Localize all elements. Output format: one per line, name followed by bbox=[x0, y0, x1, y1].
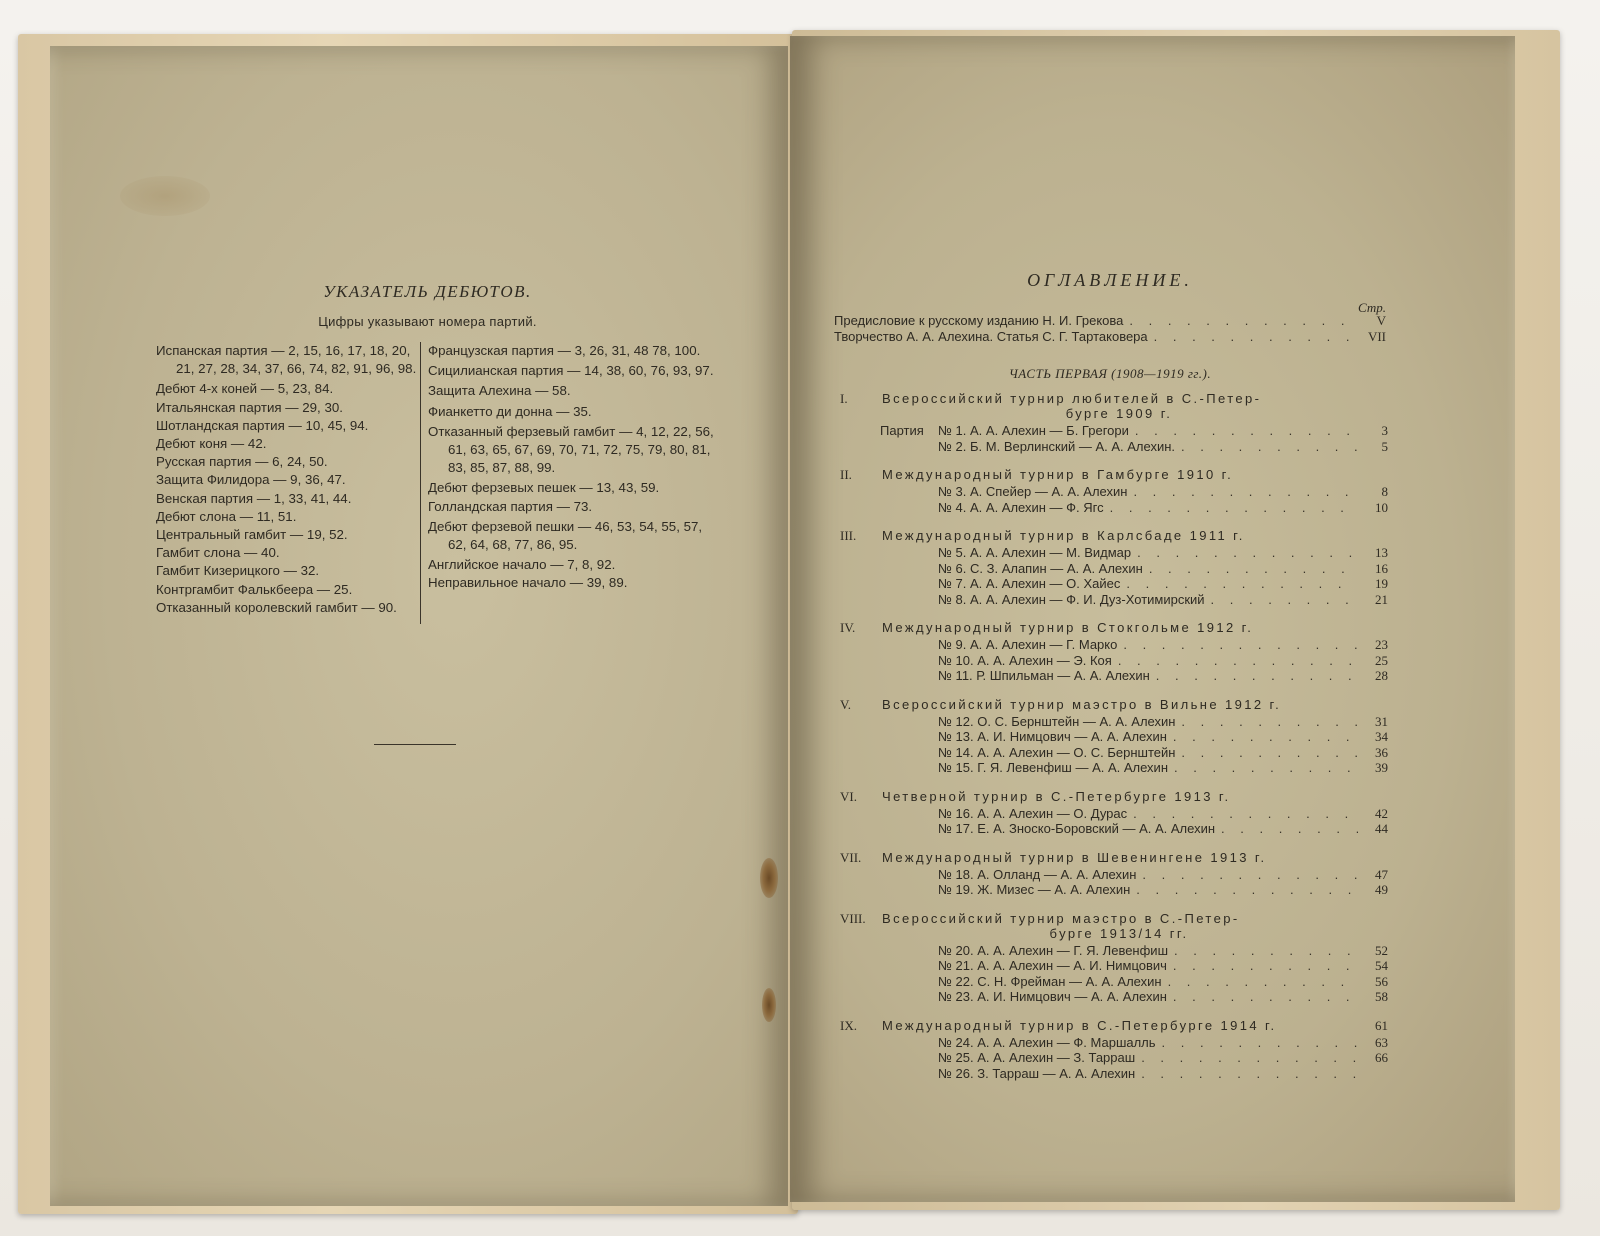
leader-dots: . . . . . . . . . . . . . . . . . . . . … bbox=[1135, 1066, 1358, 1082]
page-number: 54 bbox=[1358, 958, 1388, 974]
toc-entry-text: № 22. С. Н. Фрейман — А. А. Алехин bbox=[938, 974, 1162, 990]
toc-entry: № 8. А. А. Алехин — Ф. И. Дуз-Хотимирски… bbox=[938, 592, 1388, 608]
index-title: УКАЗАТЕЛЬ ДЕБЮТОВ. bbox=[155, 282, 700, 302]
index-entry: Итальянская партия — 29, 30. bbox=[156, 399, 418, 417]
toc-entry-text: № 13. А. И. Нимцович — А. А. Алехин bbox=[938, 729, 1167, 745]
toc-entry: № 24. А. А. Алехин — Ф. Маршалль . . . .… bbox=[938, 1035, 1388, 1051]
game-list: № 9. А. А. Алехин — Г. Марко . . . . . .… bbox=[840, 637, 1388, 684]
leader-dots: . . . . . . . . . . . . . . . . . . . . … bbox=[1130, 882, 1358, 898]
foxing-mark bbox=[120, 176, 210, 216]
toc-entry: № 7. А. А. Алехин — О. Хайес . . . . . .… bbox=[938, 576, 1388, 592]
leader-dots: . . . . . . . . . . . . . . . . . . . . … bbox=[1104, 500, 1358, 516]
toc-entry-text: № 11. Р. Шпильман — А. А. Алехин bbox=[938, 668, 1150, 684]
toc-entry: Партия № 1. А. А. Алехин — Б. Грегори . … bbox=[880, 423, 1388, 439]
toc-entry-text: № 26. З. Тарраш — А. А. Алехин bbox=[938, 1066, 1135, 1082]
toc-entry-text: Предисловие к русскому изданию Н. И. Гре… bbox=[834, 313, 1123, 329]
index-entry: Французская партия — 3, 26, 31, 48 78, 1… bbox=[428, 342, 718, 360]
page-number: 28 bbox=[1358, 668, 1388, 684]
toc-entry: № 15. Г. Я. Левенфиш — А. А. Алехин . . … bbox=[938, 760, 1388, 776]
index-entry: Защита Алехина — 58. bbox=[428, 382, 718, 400]
page-number: 25 bbox=[1358, 653, 1388, 669]
section-title: Всероссийский турнир любителей в С.-Пете… bbox=[882, 391, 1356, 406]
stain-mark bbox=[760, 858, 778, 898]
section-number: III. bbox=[840, 528, 882, 543]
game-list: № 20. А. А. Алехин — Г. Я. Левенфиш . . … bbox=[840, 943, 1388, 1005]
toc-entry-text: № 10. А. А. Алехин — Э. Коя bbox=[938, 653, 1112, 669]
page-number: 44 bbox=[1358, 821, 1388, 837]
page-number: 61 bbox=[1358, 1018, 1388, 1033]
toc-entry-text: № 20. А. А. Алехин — Г. Я. Левенфиш bbox=[938, 943, 1168, 959]
leader-dots: . . . . . . . . . . . . . . . . . . . . … bbox=[1205, 592, 1358, 608]
toc-entry: № 12. О. С. Бернштейн — А. А. Алехин . .… bbox=[938, 714, 1388, 730]
toc-entry: № 3. А. Спейер — А. А. Алехин . . . . . … bbox=[938, 484, 1388, 500]
toc-section: II. Международный турнир в Гамбурге 1910… bbox=[840, 467, 1388, 515]
column-divider bbox=[420, 342, 421, 624]
toc-entry: № 4. А. А. Алехин — Ф. Ягс . . . . . . .… bbox=[938, 500, 1388, 516]
toc-entry-text: № 16. А. А. Алехин — О. Дурас bbox=[938, 806, 1127, 822]
toc-entry: № 16. А. А. Алехин — О. Дурас . . . . . … bbox=[938, 806, 1388, 822]
left-page bbox=[50, 46, 788, 1206]
page-number: VII bbox=[1356, 329, 1386, 345]
section-title: Всероссийский турнир маэстро в С.-Петер- bbox=[882, 911, 1356, 926]
leader-dots: . . . . . . . . . . . . . . . . . . . . … bbox=[1135, 1050, 1358, 1066]
toc-entry: № 14. А. А. Алехин — О. С. Бернштейн . .… bbox=[938, 745, 1388, 761]
index-entry: Шотландская партия — 10, 45, 94. bbox=[156, 417, 418, 435]
page-number: 19 bbox=[1358, 576, 1388, 592]
leader-dots: . . . . . . . . . . . . . . . . . . . . … bbox=[1167, 729, 1358, 745]
section-number: IX. bbox=[840, 1018, 882, 1033]
index-entry: Контргамбит Фалькбеера — 25. bbox=[156, 581, 418, 599]
index-column-right: Французская партия — 3, 26, 31, 48 78, 1… bbox=[428, 342, 718, 593]
index-entry: Отказанный королевский гамбит — 90. bbox=[156, 599, 418, 617]
leader-dots: . . . . . . . . . . . . . . . . . . . . … bbox=[1131, 545, 1358, 561]
toc-entry-text: № 18. А. Олланд — А. А. Алехин bbox=[938, 867, 1136, 883]
toc-entry: № 5. А. А. Алехин — М. Видмар . . . . . … bbox=[938, 545, 1388, 561]
index-entry: Гамбит слона — 40. bbox=[156, 544, 418, 562]
toc-entry: № 23. А. И. Нимцович — А. А. Алехин . . … bbox=[938, 989, 1388, 1005]
leader-dots: . . . . . . . . . . . . . . . . . . . . … bbox=[1112, 653, 1358, 669]
section-title-cont: бурге 1909 г. bbox=[882, 406, 1356, 421]
leader-dots: . . . . . . . . . . . . . . . . . . . . … bbox=[1175, 439, 1358, 455]
leader-dots: . . . . . . . . . . . . . . . . . . . . … bbox=[1127, 806, 1358, 822]
toc-entry-text: № 12. О. С. Бернштейн — А. А. Алехин bbox=[938, 714, 1175, 730]
toc-entry-text: № 9. А. А. Алехин — Г. Марко bbox=[938, 637, 1117, 653]
toc-entry: Творчество А. А. Алехина. Статья С. Г. Т… bbox=[834, 329, 1386, 345]
index-entry: Испанская партия — 2, 15, 16, 17, 18, 20… bbox=[156, 342, 418, 378]
toc-section: III. Международный турнир в Карлсбаде 19… bbox=[840, 528, 1388, 607]
open-book-photo: УКАЗАТЕЛЬ ДЕБЮТОВ. Цифры указывают номер… bbox=[0, 0, 1600, 1236]
section-title: Всероссийский турнир маэстро в Вильне 19… bbox=[882, 697, 1388, 712]
page-number: V bbox=[1356, 313, 1386, 329]
toc-entry-text: № 2. Б. М. Верлинский — А. А. Алехин. bbox=[938, 439, 1175, 455]
page-number: 13 bbox=[1358, 545, 1388, 561]
section-title: Четверной турнир в С.-Петербурге 1913 г. bbox=[882, 789, 1388, 804]
toc-section: VII. Международный турнир в Шевенингене … bbox=[840, 850, 1388, 898]
toc-entry: № 13. А. И. Нимцович — А. А. Алехин . . … bbox=[938, 729, 1388, 745]
leader-dots: . . . . . . . . . . . . . . . . . . . . … bbox=[1120, 576, 1358, 592]
toc-entry-text: № 14. А. А. Алехин — О. С. Бернштейн bbox=[938, 745, 1175, 761]
toc-sections: I. Всероссийский турнир любителей в С.-П… bbox=[840, 391, 1388, 1094]
leader-dots: . . . . . . . . . . . . . . . . . . . . … bbox=[1143, 561, 1358, 577]
toc-entry: № 25. А. А. Алехин — З. Тарраш . . . . .… bbox=[938, 1050, 1388, 1066]
section-number: VI. bbox=[840, 789, 882, 804]
section-heading: VII. Международный турнир в Шевенингене … bbox=[840, 850, 1388, 865]
section-heading: III. Международный турнир в Карлсбаде 19… bbox=[840, 528, 1388, 543]
toc-entry-text: № 3. А. Спейер — А. А. Алехин bbox=[938, 484, 1127, 500]
toc-entry: № 2. Б. М. Верлинский — А. А. Алехин. . … bbox=[880, 439, 1388, 455]
index-entry: Дебют ферзевых пешек — 13, 43, 59. bbox=[428, 479, 718, 497]
page-number: 5 bbox=[1358, 439, 1388, 455]
index-entry: Неправильное начало — 39, 89. bbox=[428, 574, 718, 592]
game-list: № 12. О. С. Бернштейн — А. А. Алехин . .… bbox=[840, 714, 1388, 776]
page-number: 8 bbox=[1358, 484, 1388, 500]
toc-entry: № 10. А. А. Алехин — Э. Коя . . . . . . … bbox=[938, 653, 1388, 669]
toc-title: ОГЛАВЛЕНИЕ. bbox=[860, 270, 1360, 291]
toc-entry: № 19. Ж. Мизес — А. А. Алехин . . . . . … bbox=[938, 882, 1388, 898]
toc-entry-text: № 7. А. А. Алехин — О. Хайес bbox=[938, 576, 1120, 592]
leader-dots: . . . . . . . . . . . . . . . . . . . . … bbox=[1123, 313, 1356, 329]
section-number: II. bbox=[840, 467, 882, 482]
toc-entry: № 17. Е. А. Зноско-Боровский — А. А. Але… bbox=[938, 821, 1388, 837]
end-rule bbox=[374, 744, 456, 745]
page-number: 21 bbox=[1358, 592, 1388, 608]
toc-entry-text: № 1. А. А. Алехин — Б. Грегори bbox=[938, 423, 1129, 439]
toc-entry: № 20. А. А. Алехин — Г. Я. Левенфиш . . … bbox=[938, 943, 1388, 959]
section-number: I. bbox=[840, 391, 882, 421]
stain-mark bbox=[762, 988, 776, 1022]
leader-dots: . . . . . . . . . . . . . . . . . . . . … bbox=[1127, 484, 1358, 500]
toc-entry: № 9. А. А. Алехин — Г. Марко . . . . . .… bbox=[938, 637, 1388, 653]
index-entry: Дебют 4-х коней — 5, 23, 84. bbox=[156, 380, 418, 398]
game-list: № 3. А. Спейер — А. А. Алехин . . . . . … bbox=[840, 484, 1388, 515]
section-title-cont: бурге 1913/14 гг. bbox=[882, 926, 1356, 941]
index-entry: Гамбит Кизерицкого — 32. bbox=[156, 562, 418, 580]
toc-section: IX. Международный турнир в С.-Петербурге… bbox=[840, 1018, 1388, 1082]
section-number: IV. bbox=[840, 620, 882, 635]
section-heading: II. Международный турнир в Гамбурге 1910… bbox=[840, 467, 1388, 482]
page-number: 52 bbox=[1358, 943, 1388, 959]
index-entry: Русская партия — 6, 24, 50. bbox=[156, 453, 418, 471]
page-number: 39 bbox=[1358, 760, 1388, 776]
toc-entry: № 18. А. Олланд — А. А. Алехин . . . . .… bbox=[938, 867, 1388, 883]
game-prefix: Партия bbox=[880, 423, 938, 439]
game-list: № 5. А. А. Алехин — М. Видмар . . . . . … bbox=[840, 545, 1388, 607]
page-number: 47 bbox=[1358, 867, 1388, 883]
toc-entry-text: № 6. С. З. Алапин — А. А. Алехин bbox=[938, 561, 1143, 577]
game-list: № 24. А. А. Алехин — Ф. Маршалль . . . .… bbox=[840, 1035, 1388, 1082]
leader-dots: . . . . . . . . . . . . . . . . . . . . … bbox=[1175, 745, 1358, 761]
toc-section: V. Всероссийский турнир маэстро в Вильне… bbox=[840, 697, 1388, 776]
page-number: 58 bbox=[1358, 989, 1388, 1005]
index-entry: Дебют ферзевой пешки — 46, 53, 54, 55, 5… bbox=[428, 518, 718, 554]
toc-entry-text: № 4. А. А. Алехин — Ф. Ягс bbox=[938, 500, 1104, 516]
index-entry: Сицилианская партия — 14, 38, 60, 76, 93… bbox=[428, 362, 718, 380]
toc-entry: № 26. З. Тарраш — А. А. Алехин . . . . .… bbox=[938, 1066, 1388, 1082]
section-heading: I. Всероссийский турнир любителей в С.-П… bbox=[840, 391, 1388, 421]
page-number: 10 bbox=[1358, 500, 1388, 516]
section-number: VII. bbox=[840, 850, 882, 865]
leader-dots: . . . . . . . . . . . . . . . . . . . . … bbox=[1215, 821, 1358, 837]
toc-entry-text: № 5. А. А. Алехин — М. Видмар bbox=[938, 545, 1131, 561]
index-entry: Защита Филидора — 9, 36, 47. bbox=[156, 471, 418, 489]
page-number: 3 bbox=[1358, 423, 1388, 439]
section-title: Международный турнир в С.-Петербурге 191… bbox=[882, 1018, 1358, 1033]
leader-dots: . . . . . . . . . . . . . . . . . . . . … bbox=[1117, 637, 1358, 653]
toc-section: VI. Четверной турнир в С.-Петербурге 191… bbox=[840, 789, 1388, 837]
leader-dots: . . . . . . . . . . . . . . . . . . . . … bbox=[1136, 867, 1358, 883]
page-number: 36 bbox=[1358, 745, 1388, 761]
part-heading: ЧАСТЬ ПЕРВАЯ (1908—1919 гг.). bbox=[860, 366, 1360, 382]
index-entry: Голландская партия — 73. bbox=[428, 498, 718, 516]
section-heading: VIII. Всероссийский турнир маэстро в С.-… bbox=[840, 911, 1388, 941]
section-heading: VI. Четверной турнир в С.-Петербурге 191… bbox=[840, 789, 1388, 804]
toc-entry-text: Творчество А. А. Алехина. Статья С. Г. Т… bbox=[834, 329, 1148, 345]
section-title: Международный турнир в Карлсбаде 1911 г. bbox=[882, 528, 1388, 543]
leader-dots: . . . . . . . . . . . . . . . . . . . . … bbox=[1168, 943, 1358, 959]
page-number: 42 bbox=[1358, 806, 1388, 822]
leader-dots: . . . . . . . . . . . . . . . . . . . . … bbox=[1168, 760, 1358, 776]
index-entry: Дебют коня — 42. bbox=[156, 435, 418, 453]
index-entry: Английское начало — 7, 8, 92. bbox=[428, 556, 718, 574]
index-entry: Отказанный ферзевый гамбит — 4, 12, 22, … bbox=[428, 423, 718, 478]
section-title: Международный турнир в Гамбурге 1910 г. bbox=[882, 467, 1388, 482]
section-title: Международный турнир в Стокгольме 1912 г… bbox=[882, 620, 1388, 635]
leader-dots: . . . . . . . . . . . . . . . . . . . . … bbox=[1162, 974, 1358, 990]
index-entry: Дебют слона — 11, 51. bbox=[156, 508, 418, 526]
toc-entry: № 22. С. Н. Фрейман — А. А. Алехин . . .… bbox=[938, 974, 1388, 990]
game-list: Партия № 1. А. А. Алехин — Б. Грегори . … bbox=[840, 423, 1388, 454]
index-column-left: Испанская партия — 2, 15, 16, 17, 18, 20… bbox=[156, 342, 418, 617]
toc-entry-text: № 15. Г. Я. Левенфиш — А. А. Алехин bbox=[938, 760, 1168, 776]
leader-dots: . . . . . . . . . . . . . . . . . . . . … bbox=[1167, 989, 1358, 1005]
section-number: V. bbox=[840, 697, 882, 712]
leader-dots: . . . . . . . . . . . . . . . . . . . . … bbox=[1175, 714, 1358, 730]
toc-section: I. Всероссийский турнир любителей в С.-П… bbox=[840, 391, 1388, 454]
index-entry: Фианкетто ди донна — 35. bbox=[428, 403, 718, 421]
toc-entry-text: № 24. А. А. Алехин — Ф. Маршалль bbox=[938, 1035, 1156, 1051]
page-number: 34 bbox=[1358, 729, 1388, 745]
page-number: 31 bbox=[1358, 714, 1388, 730]
toc-entry-text: № 21. А. А. Алехин — А. И. Нимцович bbox=[938, 958, 1167, 974]
toc-entry-text: № 17. Е. А. Зноско-Боровский — А. А. Але… bbox=[938, 821, 1215, 837]
leader-dots: . . . . . . . . . . . . . . . . . . . . … bbox=[1150, 668, 1358, 684]
section-heading: IX. Международный турнир в С.-Петербурге… bbox=[840, 1018, 1388, 1033]
page-number: 49 bbox=[1358, 882, 1388, 898]
leader-dots: . . . . . . . . . . . . . . . . . . . . … bbox=[1167, 958, 1358, 974]
toc-section: IV. Международный турнир в Стокгольме 19… bbox=[840, 620, 1388, 684]
leader-dots: . . . . . . . . . . . . . . . . . . . . … bbox=[1129, 423, 1358, 439]
toc-entry: № 21. А. А. Алехин — А. И. Нимцович . . … bbox=[938, 958, 1388, 974]
page-number: 23 bbox=[1358, 637, 1388, 653]
section-heading: IV. Международный турнир в Стокгольме 19… bbox=[840, 620, 1388, 635]
index-subtitle: Цифры указывают номера партий. bbox=[155, 314, 700, 329]
toc-entry: № 6. С. З. Алапин — А. А. Алехин . . . .… bbox=[938, 561, 1388, 577]
toc-entry: № 11. Р. Шпильман — А. А. Алехин . . . .… bbox=[938, 668, 1388, 684]
toc-entry-text: № 19. Ж. Мизес — А. А. Алехин bbox=[938, 882, 1130, 898]
toc-entry-text: № 8. А. А. Алехин — Ф. И. Дуз-Хотимирски… bbox=[938, 592, 1205, 608]
index-entry: Центральный гамбит — 19, 52. bbox=[156, 526, 418, 544]
toc-entry: Предисловие к русскому изданию Н. И. Гре… bbox=[834, 313, 1386, 329]
toc-section: VIII. Всероссийский турнир маэстро в С.-… bbox=[840, 911, 1388, 1005]
leader-dots: . . . . . . . . . . . . . . . . . . . . … bbox=[1148, 329, 1356, 345]
leader-dots: . . . . . . . . . . . . . . . . . . . . … bbox=[1156, 1035, 1358, 1051]
game-list: № 18. А. Олланд — А. А. Алехин . . . . .… bbox=[840, 867, 1388, 898]
page-number: 56 bbox=[1358, 974, 1388, 990]
game-list: № 16. А. А. Алехин — О. Дурас . . . . . … bbox=[840, 806, 1388, 837]
index-entry: Венская партия — 1, 33, 41, 44. bbox=[156, 490, 418, 508]
page-number: 16 bbox=[1358, 561, 1388, 577]
toc-entry-text: № 25. А. А. Алехин — З. Тарраш bbox=[938, 1050, 1135, 1066]
page-number: 63 bbox=[1358, 1035, 1388, 1051]
section-heading: V. Всероссийский турнир маэстро в Вильне… bbox=[840, 697, 1388, 712]
section-number: VIII. bbox=[840, 911, 882, 941]
front-matter: Предисловие к русскому изданию Н. И. Гре… bbox=[834, 313, 1386, 344]
section-title: Международный турнир в Шевенингене 1913 … bbox=[882, 850, 1388, 865]
toc-entry-text: № 23. А. И. Нимцович — А. А. Алехин bbox=[938, 989, 1167, 1005]
page-number: 66 bbox=[1358, 1050, 1388, 1066]
